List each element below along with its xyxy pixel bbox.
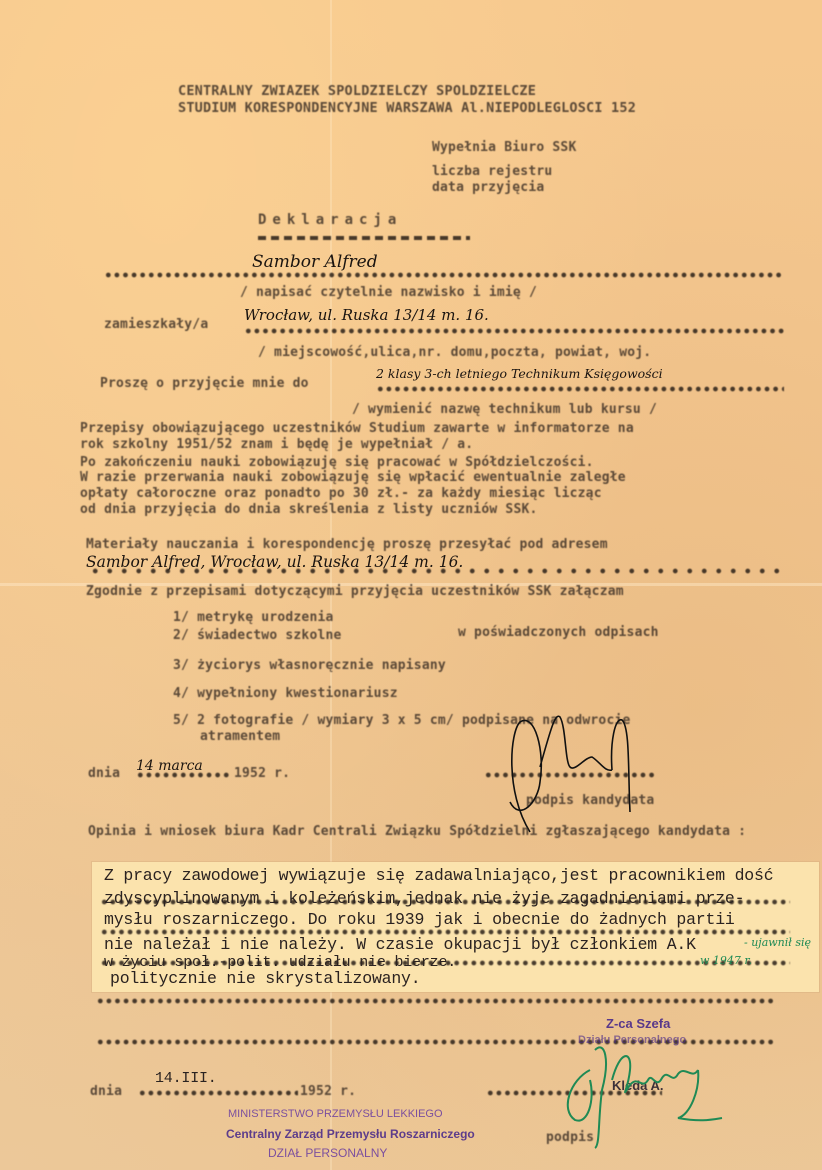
candidate-signature xyxy=(500,712,660,842)
margin-note-line-1: - ujawnił się xyxy=(744,936,811,949)
request-field-value[interactable]: 2 klasy 3-ch letniego Technikum Księgowo… xyxy=(376,366,663,381)
opinion-text-line-4: nie należał i nie należy. W czasie okupa… xyxy=(104,935,696,954)
address-field-value[interactable]: Wrocław, ul. Ruska 13/14 m. 16. xyxy=(244,306,489,324)
official-stamp-title: Z-ca Szefa xyxy=(606,1016,670,1031)
address-field-caption: / miejscowość,ulica,nr. domu,poczta, pow… xyxy=(258,345,651,360)
attachment-item-2: 2/ świadectwo szkolne xyxy=(173,628,342,643)
office-date-line xyxy=(138,1090,298,1096)
attachments-intro: Zgodnie z przepisami dotyczącymi przyjęc… xyxy=(86,584,624,599)
candidate-date-label: dnia xyxy=(88,766,120,781)
opinion-text-line-1: Z pracy zawodowej wywiązuje się zadawaln… xyxy=(104,866,773,885)
paragraph-line-4: W razie przerwania nauki zobowiązuję się… xyxy=(80,470,626,485)
office-date-value[interactable]: 14.III. xyxy=(155,1070,217,1087)
attachment-item-4: 4/ wypełniony kwestionariusz xyxy=(173,686,398,701)
opinion-text-line-6: politycznie nie skrystalizowany. xyxy=(110,969,420,988)
signature-caption: podpis xyxy=(546,1130,594,1145)
opinion-text-line-2: zdyscyplinowanym i koleżeńskim,jednak ni… xyxy=(104,889,744,908)
paragraph-line-2: rok szkolny 1951/52 znam i będę je wypeł… xyxy=(80,437,473,452)
request-field-label: Proszę o przyjęcie mnie do xyxy=(100,376,309,391)
office-date-label: dnia xyxy=(90,1084,122,1099)
name-field-caption: / napisać czytelnie nazwisko i imię / xyxy=(240,285,537,300)
opinion-label: Opinia i wniosek biura Kadr Centrali Zwi… xyxy=(88,824,746,839)
paragraph-line-6: od dnia przyjęcia do dnia skreślenia z l… xyxy=(80,502,538,517)
ministry-stamp-line-3: DZIAŁ PERSONALNY xyxy=(268,1146,387,1160)
candidate-date-year: 1952 r. xyxy=(234,766,290,781)
office-date-year: 1952 r. xyxy=(300,1084,356,1099)
paragraph-line-3: Po zakończeniu nauki zobowiązuję się pra… xyxy=(80,455,594,470)
opinion-text-line-3: mysłu roszarniczego. Do roku 1939 jak i … xyxy=(104,910,735,929)
request-field-line xyxy=(376,386,784,392)
attachment-item-3: 3/ życiorys własnoręcznie napisany xyxy=(173,658,446,673)
margin-note-line-2: w 1947 r. xyxy=(700,954,752,967)
office-box-title: Wypełnia Biuro SSK xyxy=(432,140,576,155)
request-field-caption: / wymienić nazwę technikum lub kursu / xyxy=(352,402,657,417)
title-underline xyxy=(258,236,470,240)
document-page: CENTRALNY ZWIAZEK SPOLDZIELCZY SPOLDZIEL… xyxy=(0,0,822,1170)
office-box-field-date: data przyjęcia xyxy=(432,180,544,195)
ministry-stamp-line-1: MINISTERSTWO PRZEMYSŁU LEKKIEGO xyxy=(228,1108,443,1120)
document-title: Deklaracja xyxy=(258,212,402,228)
mailing-field-line xyxy=(88,568,782,574)
paragraph-line-5: opłaty całoroczne oraz ponadto po 30 zł.… xyxy=(80,486,602,501)
name-field-line xyxy=(104,272,784,278)
attachment-item-5-cont: atramentem xyxy=(200,729,280,744)
ministry-stamp-line-2: Centralny Zarząd Przemysłu Roszarniczego xyxy=(226,1127,475,1141)
mailing-field-label: Materiały nauczania i korespondencję pro… xyxy=(86,537,608,552)
office-box-field-registry: liczba rejestru xyxy=(432,164,552,179)
header-line-2: STUDIUM KORESPONDENCYJNE WARSZAWA Al.NIE… xyxy=(178,100,636,116)
extra-line-1 xyxy=(96,998,776,1004)
candidate-date-line xyxy=(136,772,232,778)
header-line-1: CENTRALNY ZWIAZEK SPOLDZIELCZY SPOLDZIEL… xyxy=(178,83,536,99)
paragraph-line-1: Przepisy obowiązującego uczestników Stud… xyxy=(80,421,634,436)
attachment-item-1: 1/ metrykę urodzenia xyxy=(173,610,334,625)
address-field-label: zamieszkały/a xyxy=(104,317,208,332)
attachments-note: w poświadczonych odpisach xyxy=(458,625,659,640)
name-field-value[interactable]: Sambor Alfred xyxy=(252,252,378,272)
address-field-line xyxy=(244,328,784,334)
